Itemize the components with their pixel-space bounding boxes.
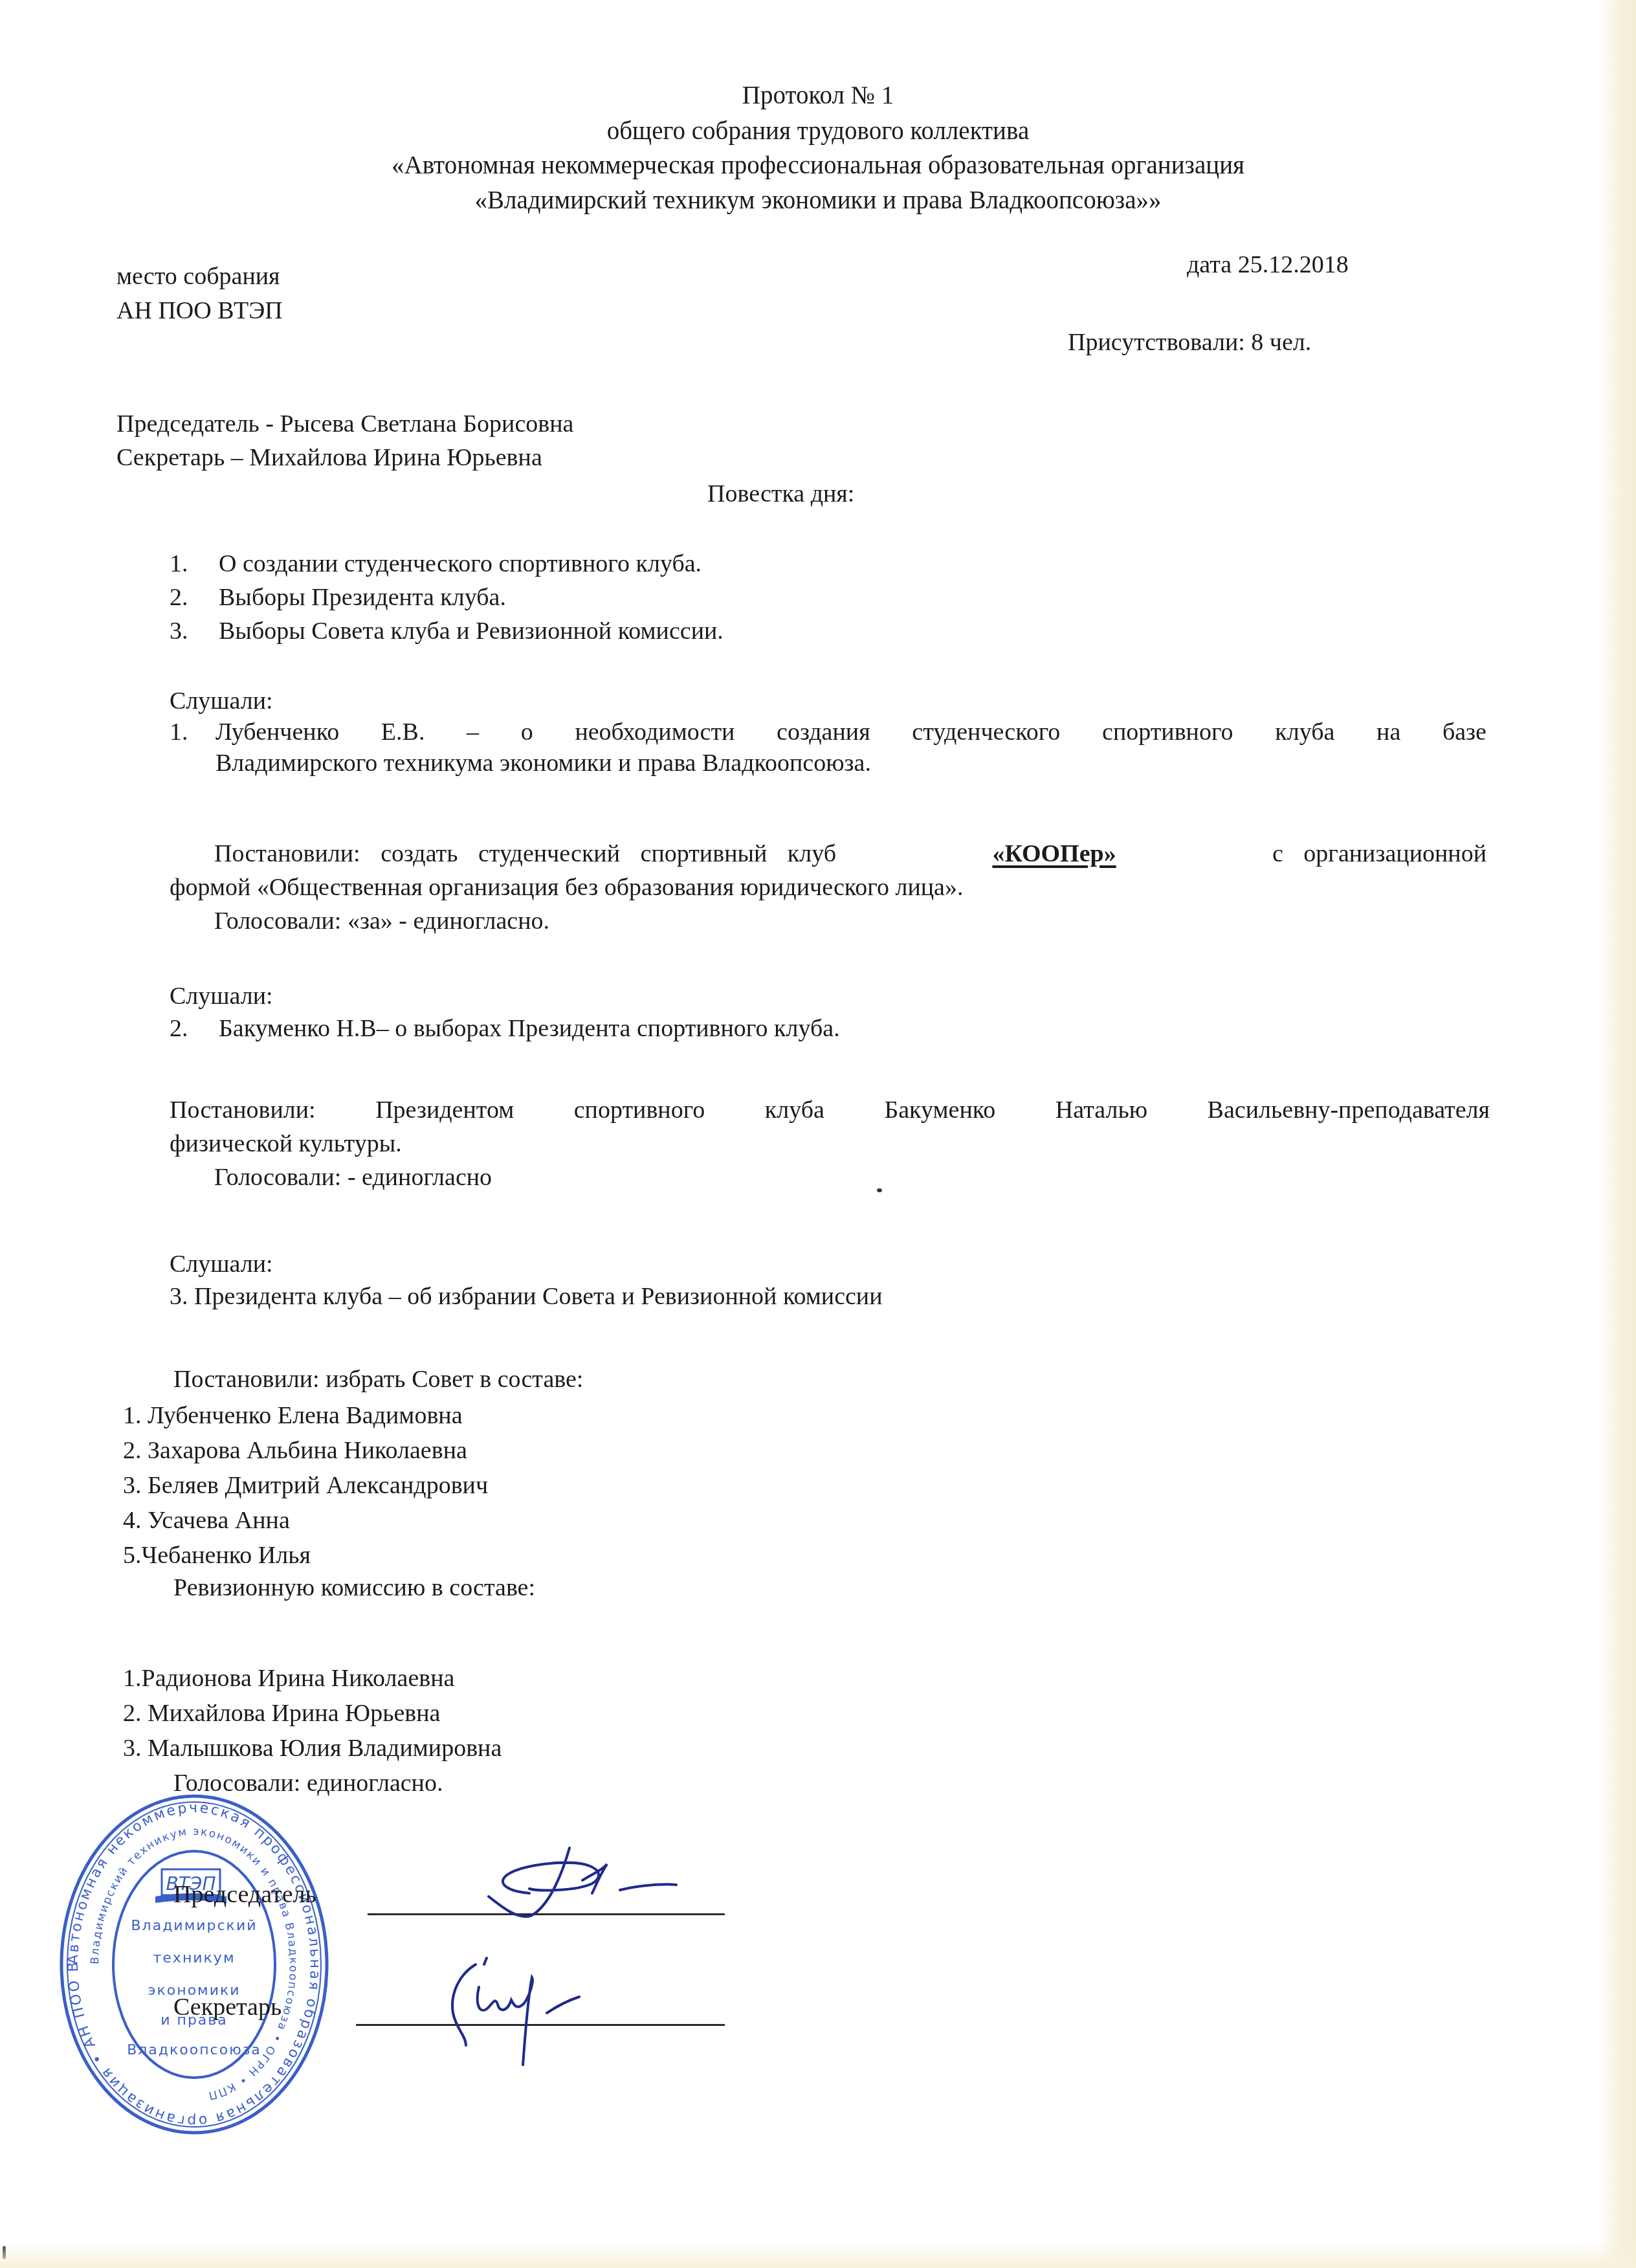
organization-line-1: «Автономная некоммерческая профессиональ… [0, 153, 1636, 178]
agenda-item-number: 2. [170, 585, 188, 610]
resolution-line-2: формой «Общественная организация без обр… [170, 875, 963, 900]
council-member: 1. Лубенченко Елена Вадимовна [123, 1403, 463, 1428]
resolution-text-post: с организационной [1272, 841, 1487, 866]
secretary: Секретарь – Михайлова Ирина Юрьевна [116, 445, 542, 470]
scan-speck [877, 1188, 882, 1192]
heard-text-line-1: Лубенченко Е.В. – о необходимости создан… [216, 720, 1487, 744]
heard-label: Слушали: [170, 689, 273, 713]
heard-text: 3. Президента клуба – об избрании Совета… [170, 1284, 883, 1309]
heard-text-line-2: Владимирского техникума экономики и прав… [216, 751, 871, 775]
attendance-count: Присутствовали: 8 чел. [1068, 330, 1311, 355]
document-page: Протокол № 1 общего собрания трудового к… [0, 0, 1636, 2268]
organization-line-2: «Владимирский техникум экономики и права… [0, 188, 1636, 213]
organization-stamp: Автономная некоммерческая профессиональн… [58, 1793, 330, 2136]
agenda-title: Повестка дня: [707, 482, 854, 506]
agenda-item-number: 3. [170, 619, 188, 643]
vote-result: Голосовали: - единогласно [214, 1165, 492, 1190]
audit-member: 1.Радионова Ирина Николаевна [123, 1666, 454, 1691]
svg-text:техникум: техникум [153, 1950, 236, 1966]
resolution-line-1: Постановили: Президентом спортивного клу… [170, 1098, 1490, 1122]
heard-number: 1. [170, 720, 188, 744]
council-member: 3. Беляев Дмитрий Александрович [123, 1473, 488, 1498]
svg-text:Владкоопсоюза: Владкоопсоюза [127, 2042, 261, 2058]
paper-edge-right [1597, 0, 1636, 2268]
resolution-text: Постановили: создать студенческий спорти… [214, 841, 836, 866]
heard-text: Бакуменко Н.В– о выборах Президента спор… [219, 1016, 840, 1041]
club-name: «КООПер» [992, 841, 1116, 866]
chair-signature-label: Председатель [173, 1882, 316, 1907]
resolution-line-2: физической культуры. [170, 1131, 402, 1156]
chairperson: Председатель - Рысева Светлана Борисовна [116, 412, 573, 436]
heard-number: 2. [170, 1016, 188, 1041]
place-label: место собрания [116, 264, 280, 289]
council-member: 5.Чебаненко Илья [123, 1543, 311, 1568]
meeting-date: дата 25.12.2018 [1187, 252, 1349, 277]
agenda-item: Выборы Совета клуба и Ревизионной комисс… [219, 619, 724, 643]
heard-label: Слушали: [170, 984, 273, 1008]
paper-edge-bottom [0, 2242, 1636, 2268]
audit-member: 3. Малышкова Юлия Владимировна [123, 1736, 502, 1761]
council-resolution: Постановили: избрать Совет в составе: [173, 1367, 583, 1392]
resolution-line-1: Постановили: создать студенческий спорти… [214, 841, 1487, 866]
council-member: 4. Усачева Анна [123, 1508, 290, 1533]
council-member: 2. Захарова Альбина Николаевна [123, 1438, 467, 1463]
agenda-item: Выборы Президента клуба. [219, 585, 506, 610]
heard-label: Слушали: [170, 1252, 273, 1276]
document-title: Протокол № 1 [0, 83, 1636, 108]
agenda-item-number: 1. [170, 551, 188, 576]
audit-commission-title: Ревизионную комиссию в составе: [173, 1575, 535, 1600]
place-value: АН ПОО ВТЭП [116, 298, 283, 323]
document-subtitle: общего собрания трудового коллектива [0, 118, 1636, 144]
agenda-item: О создании студенческого спортивного клу… [219, 551, 702, 576]
vote-result: Голосовали: «за» - единогласно. [214, 909, 549, 933]
svg-text:Владимирский: Владимирский [131, 1918, 258, 1934]
secretary-signature-label: Секретарь [173, 1995, 282, 2019]
audit-member: 2. Михайлова Ирина Юрьевна [123, 1701, 440, 1726]
chair-signature [453, 1845, 764, 1935]
vote-result: Голосовали: единогласно. [173, 1771, 443, 1795]
secretary-signature [414, 1948, 647, 2071]
